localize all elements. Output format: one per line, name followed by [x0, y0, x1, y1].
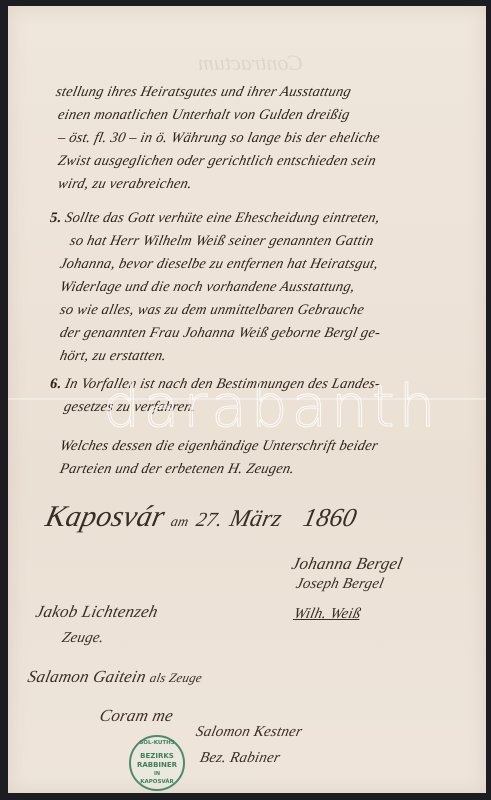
bleed-through-heading: Contractum	[198, 50, 303, 76]
closing-line-1: Welches dessen die eigenhändige Untersch…	[58, 438, 379, 455]
document-page: Contractum stellung ihres Heiratsgutes u…	[8, 6, 486, 793]
clause-5-line-6: der genannten Frau Johanna Weiß geborne …	[58, 325, 382, 342]
body-line-5: wird, zu verabreichen.	[56, 176, 193, 193]
closing-line-2: Parteien und der erbetenen H. Zeugen.	[58, 461, 296, 478]
signature-witness-1: Jakob Lichtenzeh	[34, 602, 160, 622]
watermark: darabanth	[103, 372, 439, 440]
clause-5-line-4: Widerlage und die noch vorhandene Aussta…	[58, 279, 356, 296]
clause-5-line-1: 5. Sollte das Gott verhüte eine Eheschei…	[48, 210, 381, 227]
signature-witness-2: Salamon Gaitein als Zeuge	[26, 667, 204, 687]
clause-5-line-7: hört, zu erstatten.	[58, 348, 168, 365]
clause-5-line-2: so hat Herr Wilhelm Weiß seiner genannte…	[68, 233, 375, 250]
clause-5-number: 5.	[48, 210, 63, 226]
witness-1-role: Zeuge.	[60, 630, 105, 647]
signature-wilh-weiss: Wilh. Weiß	[292, 606, 362, 623]
date-year: 1860	[301, 503, 360, 532]
place-date: Kaposvár am 27. März 1860	[42, 500, 360, 534]
body-line-1: stellung ihres Heiratsgutes und ihrer Au…	[54, 84, 352, 101]
date-day: 27.	[194, 509, 224, 531]
date-month: März	[227, 506, 284, 532]
clause-6-number: 6.	[48, 376, 63, 392]
body-line-4: Zwist ausgeglichen oder gerichtlich ents…	[56, 153, 377, 170]
body-line-3: – öst. fl. 30 – in ö. Währung so lange b…	[56, 130, 381, 147]
body-line-2: einen monatlichen Unterhalt von Gulden d…	[56, 107, 351, 124]
signature-johanna-bergel: Johanna Bergel	[290, 554, 405, 574]
rabbinate-stamp: SOL-KUTHS BEZIRKS RABBINER IN KAPOSVÁR	[129, 735, 185, 791]
clause-5-line-3: Johanna, bevor dieselbe zu entfernen hat…	[58, 256, 380, 273]
rabbi-title: Bez. Rabiner	[198, 750, 282, 767]
clause-5-line-5: so wie alles, was zu dem unmittelbaren G…	[58, 302, 365, 319]
place-name: Kaposvár	[43, 500, 168, 533]
signature-joseph-bergel: Joseph Bergel	[294, 576, 385, 593]
coram-label: Coram me	[98, 706, 175, 726]
signature-rabbi: Salomon Kestner	[194, 724, 304, 741]
